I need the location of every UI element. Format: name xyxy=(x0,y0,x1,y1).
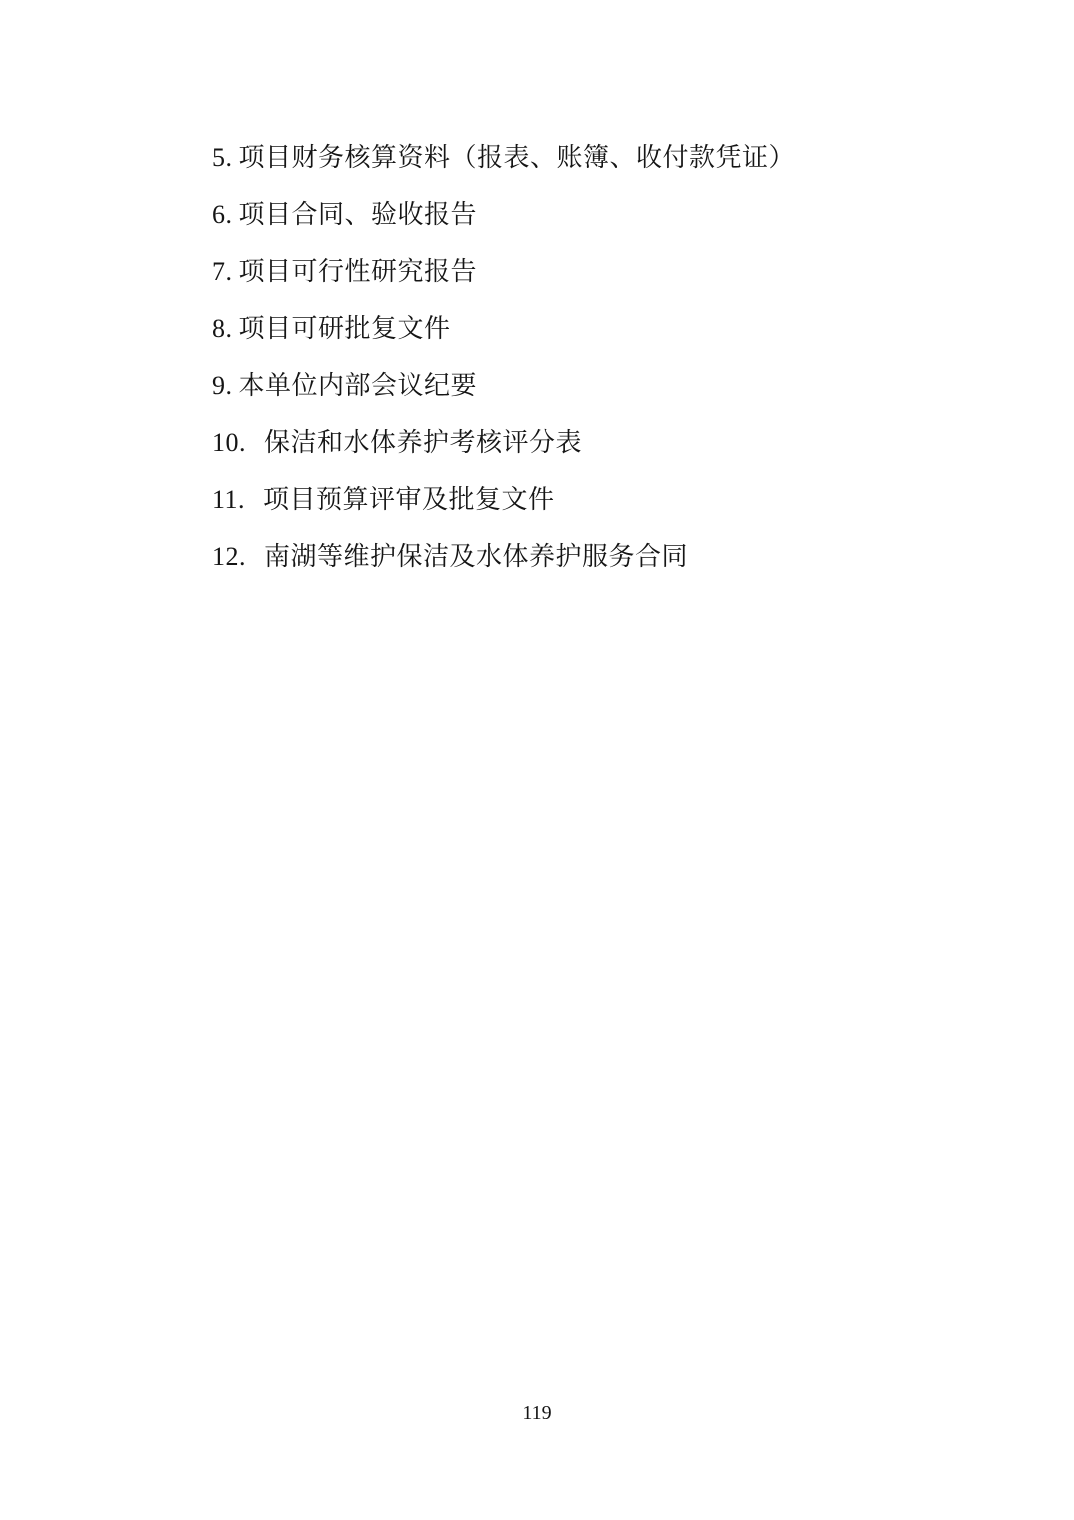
list-item-text: 项目预算评审及批复文件 xyxy=(263,485,555,514)
list-item-7: 7.项目可行性研究报告 xyxy=(212,243,795,300)
list-item-6: 6.项目合同、验收报告 xyxy=(212,186,795,243)
list-item-text: 南湖等维护保洁及水体养护服务合同 xyxy=(264,542,688,571)
list-item-text: 保洁和水体养护考核评分表 xyxy=(264,428,582,457)
page-number: 119 xyxy=(0,1402,1074,1425)
list-item-number: 10. xyxy=(212,414,246,471)
list-item-text: 项目可行性研究报告 xyxy=(239,257,478,286)
document-list: 5.项目财务核算资料（报表、账簿、收付款凭证） 6.项目合同、验收报告 7.项目… xyxy=(212,129,795,585)
list-item-number: 8. xyxy=(212,300,233,357)
list-item-number: 9. xyxy=(212,357,233,414)
list-item-number: 12. xyxy=(212,528,246,585)
list-item-12: 12.南湖等维护保洁及水体养护服务合同 xyxy=(212,528,795,585)
document-page: 5.项目财务核算资料（报表、账簿、收付款凭证） 6.项目合同、验收报告 7.项目… xyxy=(0,0,1074,1520)
list-item-11: 11.项目预算评审及批复文件 xyxy=(212,471,795,528)
list-item-8: 8.项目可研批复文件 xyxy=(212,300,795,357)
list-item-number: 11. xyxy=(212,471,245,528)
list-item-text: 项目合同、验收报告 xyxy=(239,200,478,229)
list-item-9: 9.本单位内部会议纪要 xyxy=(212,357,795,414)
list-item-number: 7. xyxy=(212,243,233,300)
list-item-text: 项目可研批复文件 xyxy=(239,314,451,343)
list-item-10: 10.保洁和水体养护考核评分表 xyxy=(212,414,795,471)
list-item-number: 6. xyxy=(212,186,233,243)
list-item-text: 本单位内部会议纪要 xyxy=(239,371,478,400)
list-item-number: 5. xyxy=(212,129,233,186)
list-item-text: 项目财务核算资料（报表、账簿、收付款凭证） xyxy=(239,143,796,172)
list-item-5: 5.项目财务核算资料（报表、账簿、收付款凭证） xyxy=(212,129,795,186)
